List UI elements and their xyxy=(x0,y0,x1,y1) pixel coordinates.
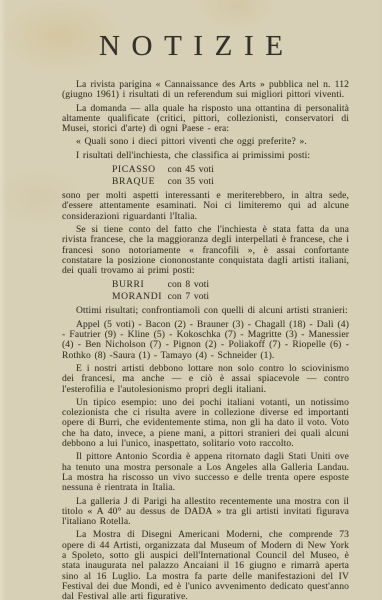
artist-name: BURRI xyxy=(112,279,164,291)
paragraph-domanda: La domanda — alla quale ha risposto una … xyxy=(62,104,349,135)
vote-row-burri: BURRI con 8 voti xyxy=(112,279,349,291)
scanned-magazine-page: NOTIZIE La rivista parigina « Cannaissan… xyxy=(0,0,382,600)
article-body: La rivista parigina « Cannaissance des A… xyxy=(62,80,349,600)
paragraph-risultati-inchiesta: I risultati dell'inchiesta, che classifi… xyxy=(62,151,349,161)
vote-row-picasso: PICASSO con 45 voti xyxy=(112,164,349,176)
paragraph-rivista: La rivista parigina « Cannaissance des A… xyxy=(62,80,349,101)
paragraph-scordia: Il pittore Antonio Scordia è appena rito… xyxy=(62,452,349,493)
artist-name: MORANDI xyxy=(112,291,164,303)
page-title: NOTIZIE xyxy=(0,0,382,63)
paragraph-galleria-j: La galleria J di Parigi ha allestito rec… xyxy=(62,497,349,528)
paragraph-tipico-esempio: Un tipico esempio: uno dei pochi italian… xyxy=(62,398,349,449)
paragraph-sono-aspetti: sono per molti aspetti interessanti e me… xyxy=(62,191,349,222)
poll-results-top: PICASSO con 45 voti BRAQUE con 35 voti xyxy=(112,164,349,188)
vote-count: con 35 voti xyxy=(168,176,214,187)
paragraph-ottimi-risultati: Ottimi risultati; confrontiamoli con que… xyxy=(62,306,349,316)
vote-count: con 8 voti xyxy=(168,279,210,290)
poll-results-italians: BURRI con 8 voti MORANDI con 7 voti xyxy=(112,279,349,303)
vote-row-morandi: MORANDI con 7 voti xyxy=(112,291,349,303)
paragraph-artisti-stranieri: Appel (5 voti) - Bacon (2) - Brauner (3)… xyxy=(62,320,349,361)
vote-count: con 45 voti xyxy=(168,164,214,175)
paragraph-mostra-disegni: La Mostra di Disegni Americani Moderni, … xyxy=(62,530,349,600)
paragraph-quali-pittori: « Quali sono i dieci pittori viventi che… xyxy=(62,137,349,147)
paragraph-se-si-tiene: Se si tiene conto del fatto che l'inchie… xyxy=(62,225,349,276)
paragraph-e-i-nostri: E i nostri artisti debbono lottare non s… xyxy=(62,364,349,395)
artist-name: BRAQUE xyxy=(112,176,164,188)
vote-count: con 7 voti xyxy=(168,291,210,302)
vote-row-braque: BRAQUE con 35 voti xyxy=(112,176,349,188)
artist-name: PICASSO xyxy=(112,164,164,176)
